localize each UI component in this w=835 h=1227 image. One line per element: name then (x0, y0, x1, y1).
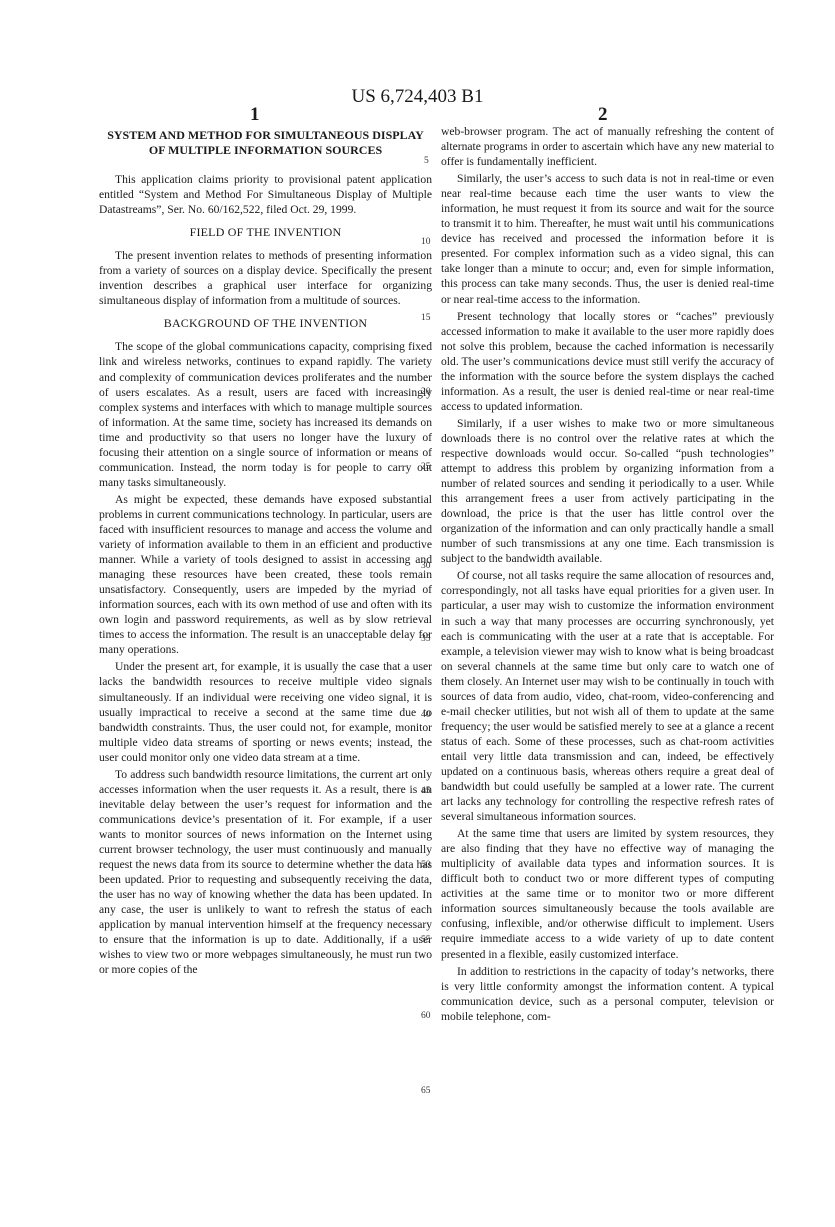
background-heading: BACKGROUND OF THE INVENTION (99, 316, 432, 331)
column-number-left: 1 (250, 104, 260, 126)
field-paragraph: The present invention relates to methods… (99, 248, 432, 308)
body-paragraph: web-browser program. The act of manually… (441, 124, 774, 169)
right-column: web-browser program. The act of manually… (441, 124, 774, 1026)
line-number: 65 (421, 1086, 431, 1096)
body-paragraph: At the same time that users are limited … (441, 826, 774, 961)
patent-number: US 6,724,403 B1 (0, 86, 835, 108)
body-paragraph: Similarly, the user’s access to such dat… (441, 171, 774, 306)
body-paragraph: In addition to restrictions in the capac… (441, 964, 774, 1024)
background-paragraph: To address such bandwidth resource limit… (99, 767, 432, 978)
document-title: SYSTEM AND METHOD FOR SIMULTANEOUS DISPL… (99, 128, 432, 158)
column-number-right: 2 (598, 104, 608, 126)
line-number: 60 (421, 1011, 431, 1021)
body-paragraph: Present technology that locally stores o… (441, 309, 774, 414)
field-heading: FIELD OF THE INVENTION (99, 225, 432, 240)
background-paragraph: Under the present art, for example, it i… (99, 659, 432, 764)
background-paragraph: As might be expected, these demands have… (99, 492, 432, 658)
left-column: SYSTEM AND METHOD FOR SIMULTANEOUS DISPL… (99, 124, 432, 979)
body-paragraph: Of course, not all tasks require the sam… (441, 568, 774, 824)
background-paragraph: The scope of the global communications c… (99, 339, 432, 489)
priority-paragraph: This application claims priority to prov… (99, 172, 432, 217)
body-paragraph: Similarly, if a user wishes to make two … (441, 416, 774, 566)
